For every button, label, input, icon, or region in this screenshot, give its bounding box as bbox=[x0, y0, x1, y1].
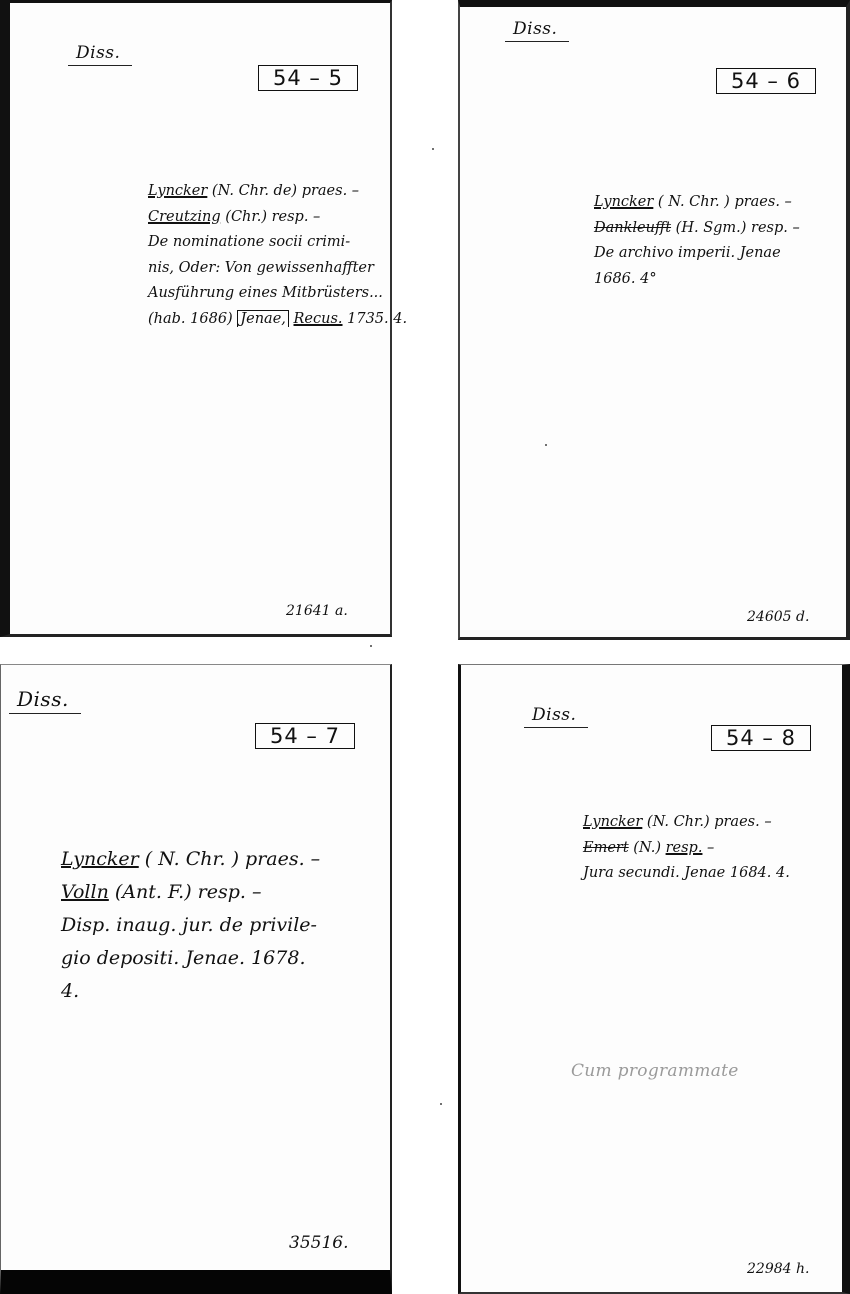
catalog-card-54-8: Diss. 54 – 8 Lyncker (N. Chr.) praes. –E… bbox=[458, 664, 850, 1294]
entry-line: gio depositi. Jenae. 1678. bbox=[61, 942, 320, 975]
entry-line: Lyncker ( N. Chr. ) praes. – bbox=[594, 190, 800, 216]
underlined-name: Emert bbox=[583, 840, 629, 856]
entry-line: 4. bbox=[61, 975, 320, 1008]
entry-text: (N. Chr.) praes. – bbox=[642, 814, 771, 830]
catalog-card-54-5: Diss. 54 – 5 Lyncker (N. Chr. de) praes.… bbox=[0, 0, 392, 637]
underlined-name: resp. bbox=[666, 840, 703, 856]
entry-line: nis, Oder: Von gewissenhaffter bbox=[148, 256, 407, 282]
entry-line: Lyncker ( N. Chr. ) praes. – bbox=[61, 843, 320, 876]
accession-number: 21641 a. bbox=[286, 603, 348, 619]
bibliographic-entry: Lyncker ( N. Chr. ) praes. –Dankleufft (… bbox=[594, 190, 800, 292]
scan-speck bbox=[370, 645, 372, 647]
entry-text: (N.) bbox=[629, 840, 666, 856]
pencil-note: Cum programmate bbox=[571, 1061, 739, 1081]
underlined-name: Lyncker bbox=[583, 814, 642, 830]
catalog-card-54-6: Diss. 54 – 6 Lyncker ( N. Chr. ) praes. … bbox=[458, 0, 850, 640]
scan-speck bbox=[432, 148, 434, 150]
call-number-box: 54 – 5 bbox=[258, 65, 358, 91]
card-heading: Diss. bbox=[68, 43, 132, 66]
entry-text: ( N. Chr. ) praes. – bbox=[139, 848, 320, 870]
entry-text: gio depositi. Jenae. 1678. bbox=[61, 947, 306, 969]
underlined-name: Lyncker bbox=[61, 848, 139, 870]
entry-text: Jenae, bbox=[237, 310, 289, 327]
underlined-name: Dankleufft bbox=[594, 220, 671, 236]
entry-line: (hab. 1686) Jenae, Recus. 1735. 4. bbox=[148, 307, 407, 333]
entry-line: Jura secundi. Jenae 1684. 4. bbox=[583, 861, 790, 887]
entry-line: Dankleufft (H. Sgm.) resp. – bbox=[594, 216, 800, 242]
entry-text: ( N. Chr. ) praes. – bbox=[653, 194, 791, 210]
card-heading: Diss. bbox=[505, 19, 569, 42]
entry-text: 1686. 4° bbox=[594, 271, 657, 287]
entry-text: (hab. 1686) bbox=[148, 311, 237, 327]
bibliographic-entry: Lyncker (N. Chr. de) praes. –Creutzing (… bbox=[148, 179, 407, 332]
entry-text: 4. bbox=[61, 980, 79, 1002]
entry-text: (Chr.) resp. – bbox=[221, 209, 321, 225]
entry-line: Creutzing (Chr.) resp. – bbox=[148, 205, 407, 231]
scan-speck bbox=[545, 444, 547, 446]
card-heading: Diss. bbox=[9, 687, 81, 714]
entry-text: (H. Sgm.) resp. – bbox=[671, 220, 800, 236]
entry-line: De nominatione socii crimi- bbox=[148, 230, 407, 256]
call-number-box: 54 – 8 bbox=[711, 725, 811, 751]
entry-text: De nominatione socii crimi- bbox=[148, 234, 350, 250]
entry-text: – bbox=[702, 840, 714, 856]
entry-line: Lyncker (N. Chr.) praes. – bbox=[583, 810, 790, 836]
underlined-name: Lyncker bbox=[594, 194, 653, 210]
entry-text: 1735. 4. bbox=[343, 311, 408, 327]
entry-text: Disp. inaug. jur. de privile- bbox=[61, 914, 317, 936]
call-number-box: 54 – 7 bbox=[255, 723, 355, 749]
accession-number: 24605 d. bbox=[747, 609, 809, 625]
accession-number: 35516. bbox=[289, 1233, 348, 1253]
entry-text: (N. Chr. de) praes. – bbox=[207, 183, 359, 199]
call-number-box: 54 – 6 bbox=[716, 68, 816, 94]
entry-text: De archivo imperii. Jenae bbox=[594, 245, 781, 261]
entry-text: nis, Oder: Von gewissenhaffter bbox=[148, 260, 374, 276]
accession-number: 22984 h. bbox=[747, 1261, 809, 1277]
card-heading: Diss. bbox=[524, 705, 588, 728]
entry-line: Ausführung eines Mitbrüsters... bbox=[148, 281, 407, 307]
underlined-name: Creutzing bbox=[148, 209, 221, 225]
scan-speck bbox=[440, 1103, 442, 1105]
bibliographic-entry: Lyncker ( N. Chr. ) praes. –Volln (Ant. … bbox=[61, 843, 320, 1008]
entry-line: Emert (N.) resp. – bbox=[583, 836, 790, 862]
underlined-name: Lyncker bbox=[148, 183, 207, 199]
bibliographic-entry: Lyncker (N. Chr.) praes. –Emert (N.) res… bbox=[583, 810, 790, 887]
entry-line: Volln (Ant. F.) resp. – bbox=[61, 876, 320, 909]
entry-text: Ausführung eines Mitbrüsters... bbox=[148, 285, 383, 301]
catalog-card-54-7: Diss. 54 – 7 Lyncker ( N. Chr. ) praes. … bbox=[0, 664, 392, 1294]
entry-text: Jura secundi. Jenae 1684. 4. bbox=[583, 865, 790, 881]
entry-line: De archivo imperii. Jenae bbox=[594, 241, 800, 267]
entry-line: Disp. inaug. jur. de privile- bbox=[61, 909, 320, 942]
entry-text: (Ant. F.) resp. – bbox=[109, 881, 262, 903]
underlined-name: Volln bbox=[61, 881, 109, 903]
entry-line: Lyncker (N. Chr. de) praes. – bbox=[148, 179, 407, 205]
underlined-name: Recus. bbox=[294, 311, 343, 327]
entry-line: 1686. 4° bbox=[594, 267, 800, 293]
